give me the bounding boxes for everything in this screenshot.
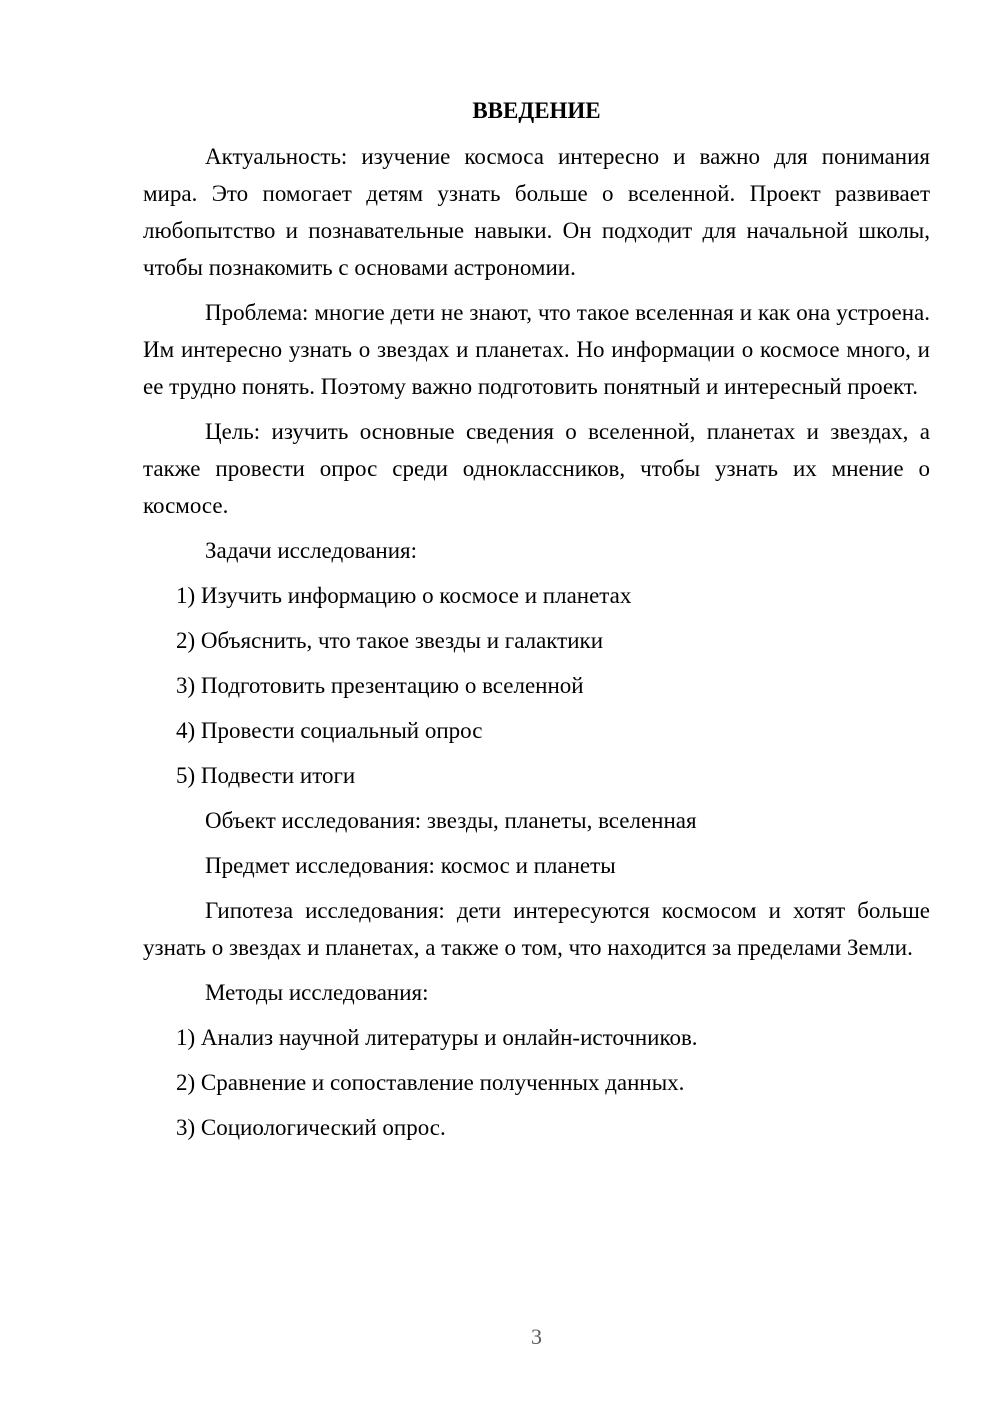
paragraph-aktualnost: Актуальность: изучение космоса интересно… (143, 138, 930, 286)
task-item-5: 5) Подвести итоги (143, 757, 930, 794)
document-body: ВВЕДЕНИЕ Актуальность: изучение космоса … (143, 92, 930, 1154)
task-item-4: 4) Провести социальный опрос (143, 712, 930, 749)
method-item-1: 1) Анализ научной литературы и онлайн-ис… (143, 1019, 930, 1056)
methods-heading: Методы исследования: (143, 974, 930, 1011)
subject-line: Предмет исследования: космос и планеты (143, 847, 930, 884)
method-item-3: 3) Социологический опрос. (143, 1109, 930, 1146)
task-item-1: 1) Изучить информацию о космосе и планет… (143, 577, 930, 614)
tasks-heading: Задачи исследования: (143, 532, 930, 569)
paragraph-hypothesis: Гипотеза исследования: дети интересуются… (143, 892, 930, 966)
paragraph-tsel: Цель: изучить основные сведения о вселен… (143, 413, 930, 524)
method-item-2: 2) Сравнение и сопоставление полученных … (143, 1064, 930, 1101)
page-number: 3 (143, 1322, 930, 1352)
document-page: ВВЕДЕНИЕ Актуальность: изучение космоса … (0, 0, 1000, 1414)
task-item-2: 2) Объяснить, что такое звезды и галакти… (143, 622, 930, 659)
task-item-3: 3) Подготовить презентацию о вселенной (143, 667, 930, 704)
object-line: Объект исследования: звезды, планеты, вс… (143, 802, 930, 839)
page-title: ВВЕДЕНИЕ (143, 92, 930, 129)
paragraph-problema: Проблема: многие дети не знают, что тако… (143, 294, 930, 405)
